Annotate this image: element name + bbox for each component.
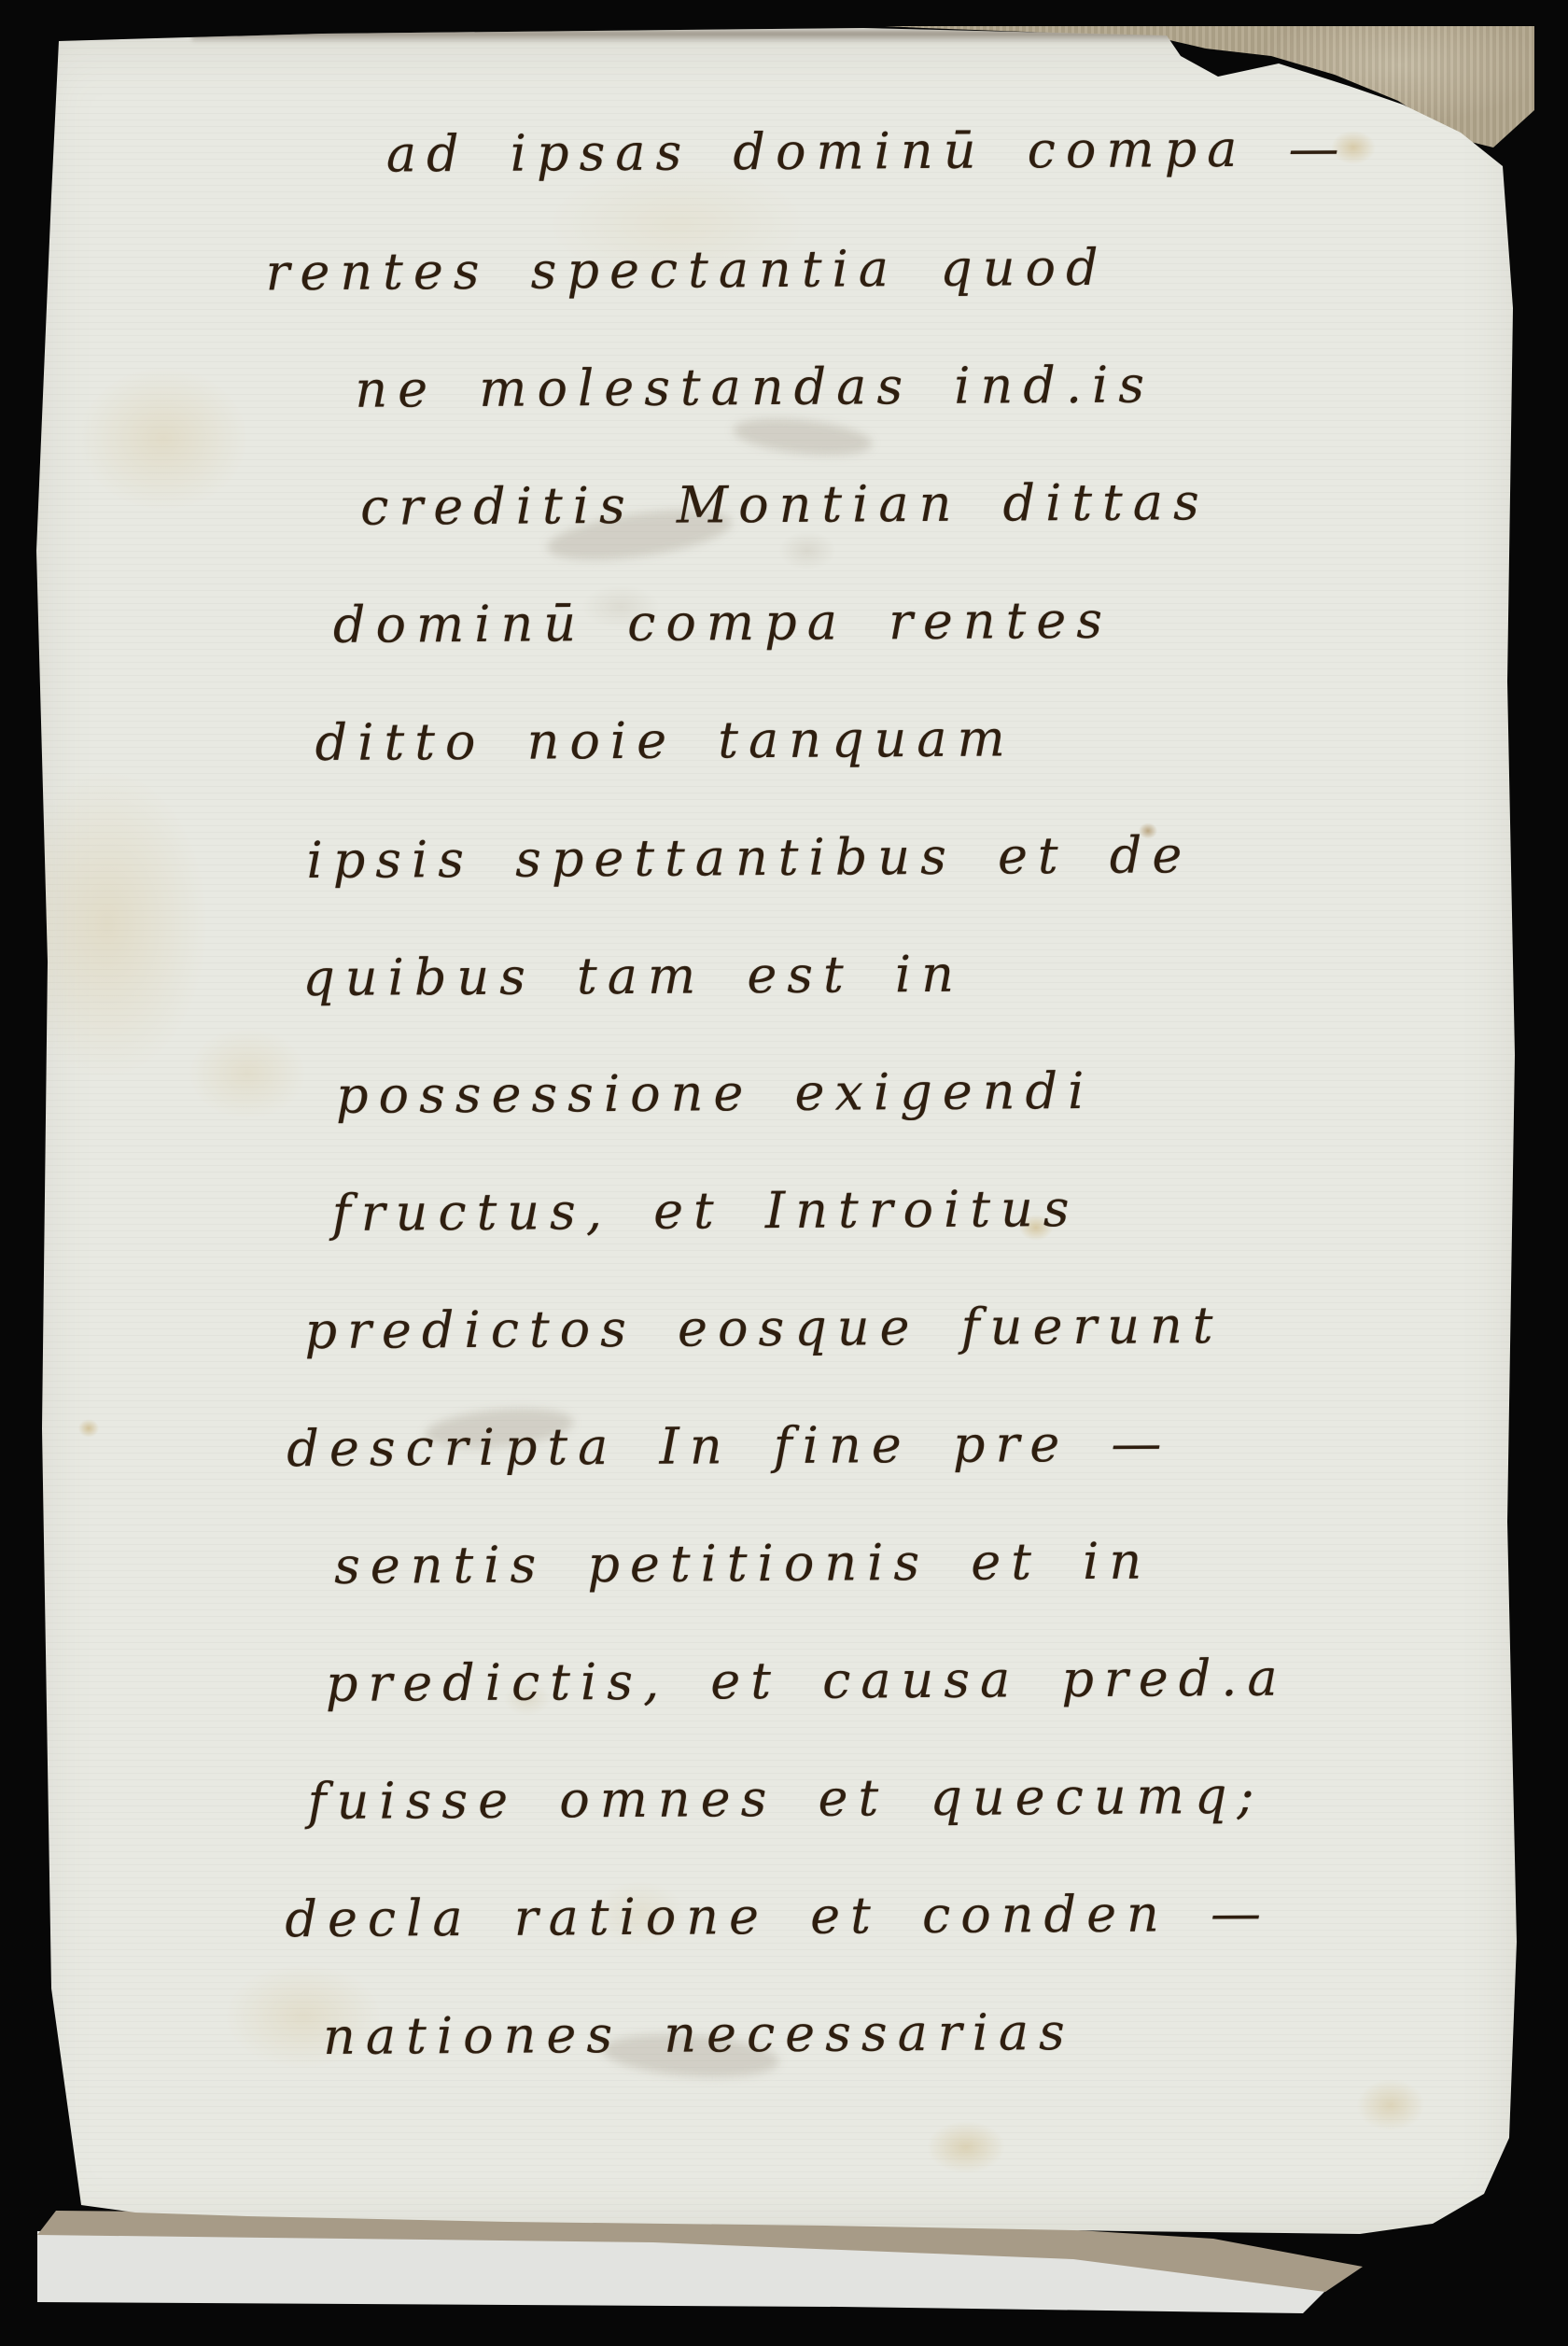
handwritten-line: sentis petitionis et in bbox=[255, 1502, 1301, 1626]
page-top-edge-shadow bbox=[191, 31, 1199, 43]
handwritten-line: decla ratione et conden — bbox=[257, 1855, 1303, 1979]
handwritten-line: possessione exigendi bbox=[252, 1032, 1298, 1156]
handwritten-line: predictos eosque fuerunt bbox=[253, 1267, 1299, 1391]
handwritten-line: fructus, et Introitus bbox=[252, 1149, 1298, 1273]
handwritten-line: nationes necessarias bbox=[258, 1973, 1304, 2097]
handwritten-line: ditto noie tanquam bbox=[249, 679, 1295, 803]
handwritten-line: ipsis spettantibus et de bbox=[250, 796, 1296, 920]
handwritten-line: predictis, et causa pred.a bbox=[255, 1620, 1301, 1744]
manuscript-page: ad ipsas dominū compa — rentes spectanti… bbox=[23, 28, 1531, 2245]
handwritten-line: fuisse omnes et quecumq; bbox=[256, 1737, 1302, 1861]
handwritten-line: quibus tam est in bbox=[251, 914, 1297, 1038]
handwritten-line: descripta In fine pre — bbox=[254, 1384, 1300, 1509]
photo-background: ad ipsas dominū compa — rentes spectanti… bbox=[0, 0, 1568, 2346]
handwritten-line: ad ipsas dominū compa — bbox=[245, 91, 1292, 215]
handwritten-line: creditis Montian dittas bbox=[248, 443, 1295, 568]
handwritten-line: rentes spectantia quod bbox=[246, 208, 1293, 332]
handwritten-text: ad ipsas dominū compa — rentes spectanti… bbox=[245, 91, 1303, 2097]
handwritten-line: dominū compa rentes bbox=[249, 561, 1295, 685]
handwritten-line: ne molestandas ind.is bbox=[247, 326, 1294, 450]
